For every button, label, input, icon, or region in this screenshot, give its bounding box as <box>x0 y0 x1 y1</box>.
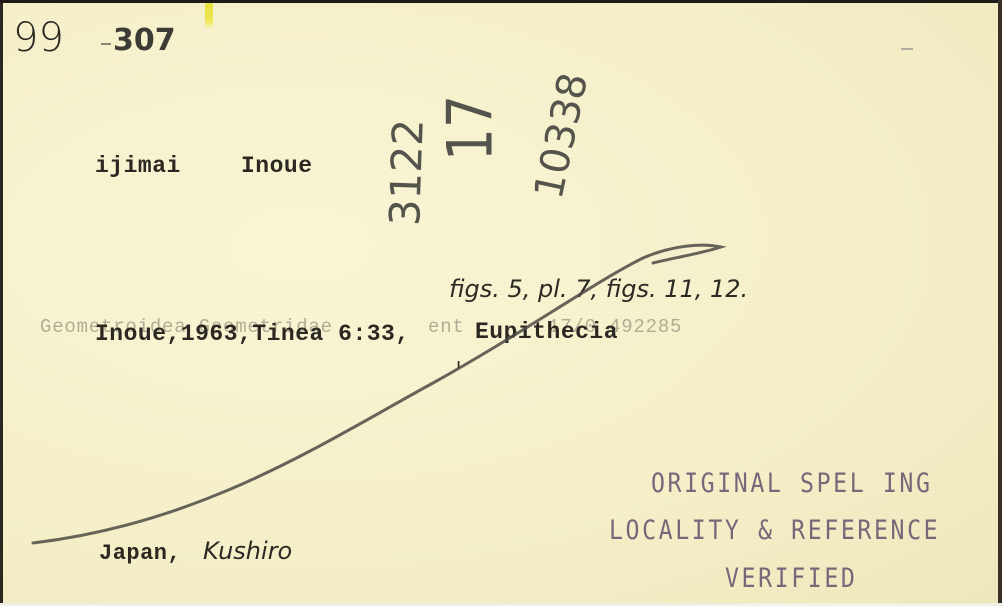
stamp-line-3: VERIFIED <box>725 563 857 594</box>
pencil-dash-right <box>901 48 913 50</box>
rotated-number-10338: 10338 <box>526 69 597 203</box>
genus-name: Eupithecia <box>475 319 618 345</box>
handwritten-figure-reference: figs. 5, pl. 7, figs. 11, 12. <box>449 275 748 303</box>
citation: Inoue,1963,Tinea 6:33, <box>95 321 410 347</box>
insertion-caret: ˌ <box>455 341 462 371</box>
yellow-highlighter-mark <box>205 3 213 29</box>
card-right-edge <box>998 0 1002 606</box>
overprint-mid: ent <box>428 316 465 338</box>
locality-country: Japan, <box>99 541 181 566</box>
rotated-number-17: 17 <box>435 95 507 161</box>
species-author: Inoue <box>241 153 313 179</box>
stamp-line-2: LOCALITY & REFERENCE <box>609 515 940 546</box>
handwritten-card-number: 99 <box>13 15 64 61</box>
species-epithet: ijimai <box>95 153 181 179</box>
stamp-line-1: ORIGINAL SPEL ING <box>651 468 933 499</box>
rotated-number-3122: 3122 <box>380 118 433 227</box>
handwritten-locality: Kushiro <box>203 537 292 565</box>
handwritten-page-number: 307 <box>113 23 176 58</box>
pencil-dash <box>101 43 111 45</box>
index-card: 99 307 3122 17 10338 ijimai Inoue Geomet… <box>0 3 998 603</box>
